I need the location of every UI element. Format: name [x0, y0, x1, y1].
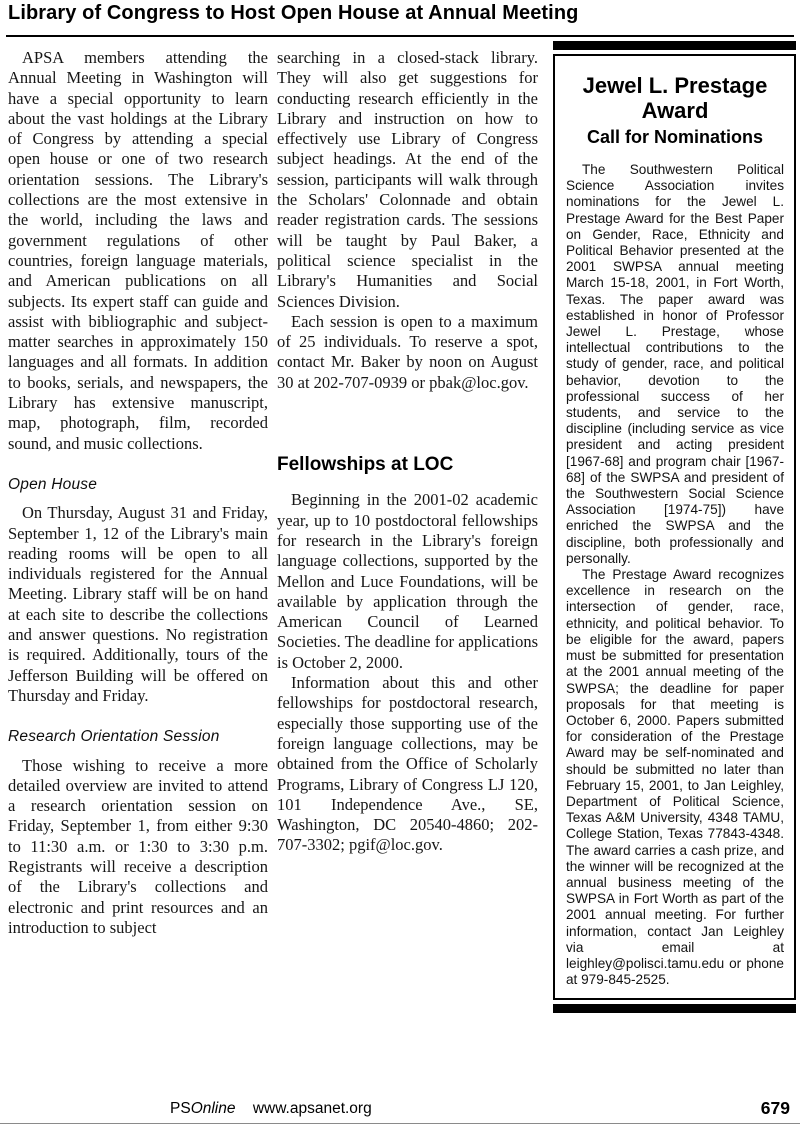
paragraph-fellowships: Beginning in the 2001-02 academic year, …: [277, 490, 538, 673]
journal-name-online: Online: [191, 1100, 236, 1117]
box-top-bar: [553, 41, 796, 50]
section-heading-open-house: Open House: [8, 475, 268, 495]
paragraph-intro: APSA members attending the Annual Meetin…: [8, 48, 268, 454]
page-footer: PSOnline www.apsanet.org 679: [0, 1100, 800, 1122]
paragraph-research-orientation: Those wishing to receive a more detailed…: [8, 756, 268, 939]
award-announcement-box: Jewel L. Prestage Award Call for Nominat…: [553, 41, 796, 1013]
award-subtitle: Call for Nominations: [566, 127, 784, 148]
journal-name-ps: PS: [170, 1100, 191, 1117]
section-heading-fellowships: Fellowships at LOC: [277, 455, 538, 475]
section-heading-research-orientation: Research Orientation Session: [8, 727, 268, 747]
award-title: Jewel L. Prestage Award: [572, 73, 778, 123]
page-bottom-edge: [0, 1123, 800, 1124]
award-paragraph-1: The Southwestern Political Science Assoc…: [566, 162, 784, 567]
journal-imprint: PSOnline www.apsanet.org: [170, 1100, 372, 1118]
page-number: 679: [761, 1098, 790, 1119]
box-content: Jewel L. Prestage Award Call for Nominat…: [553, 54, 796, 1000]
article-column-left: APSA members attending the Annual Meetin…: [8, 48, 268, 938]
page-title: Library of Congress to Host Open House a…: [8, 2, 648, 25]
paragraph-fellowships-info: Information about this and other fellows…: [277, 673, 538, 856]
document-page: Library of Congress to Host Open House a…: [0, 0, 800, 1125]
box-bottom-bar: [553, 1004, 796, 1013]
award-paragraph-2: The Prestage Award recognizes excellence…: [566, 567, 784, 988]
paragraph-continuation: searching in a closed-stack library. The…: [277, 48, 538, 312]
article-column-middle: searching in a closed-stack library. The…: [277, 48, 538, 856]
journal-website: www.apsanet.org: [253, 1100, 372, 1117]
paragraph-session-details: Each session is open to a maximum of 25 …: [277, 312, 538, 393]
headline-divider: [6, 35, 794, 37]
paragraph-open-house: On Thursday, August 31 and Friday, Septe…: [8, 503, 268, 706]
